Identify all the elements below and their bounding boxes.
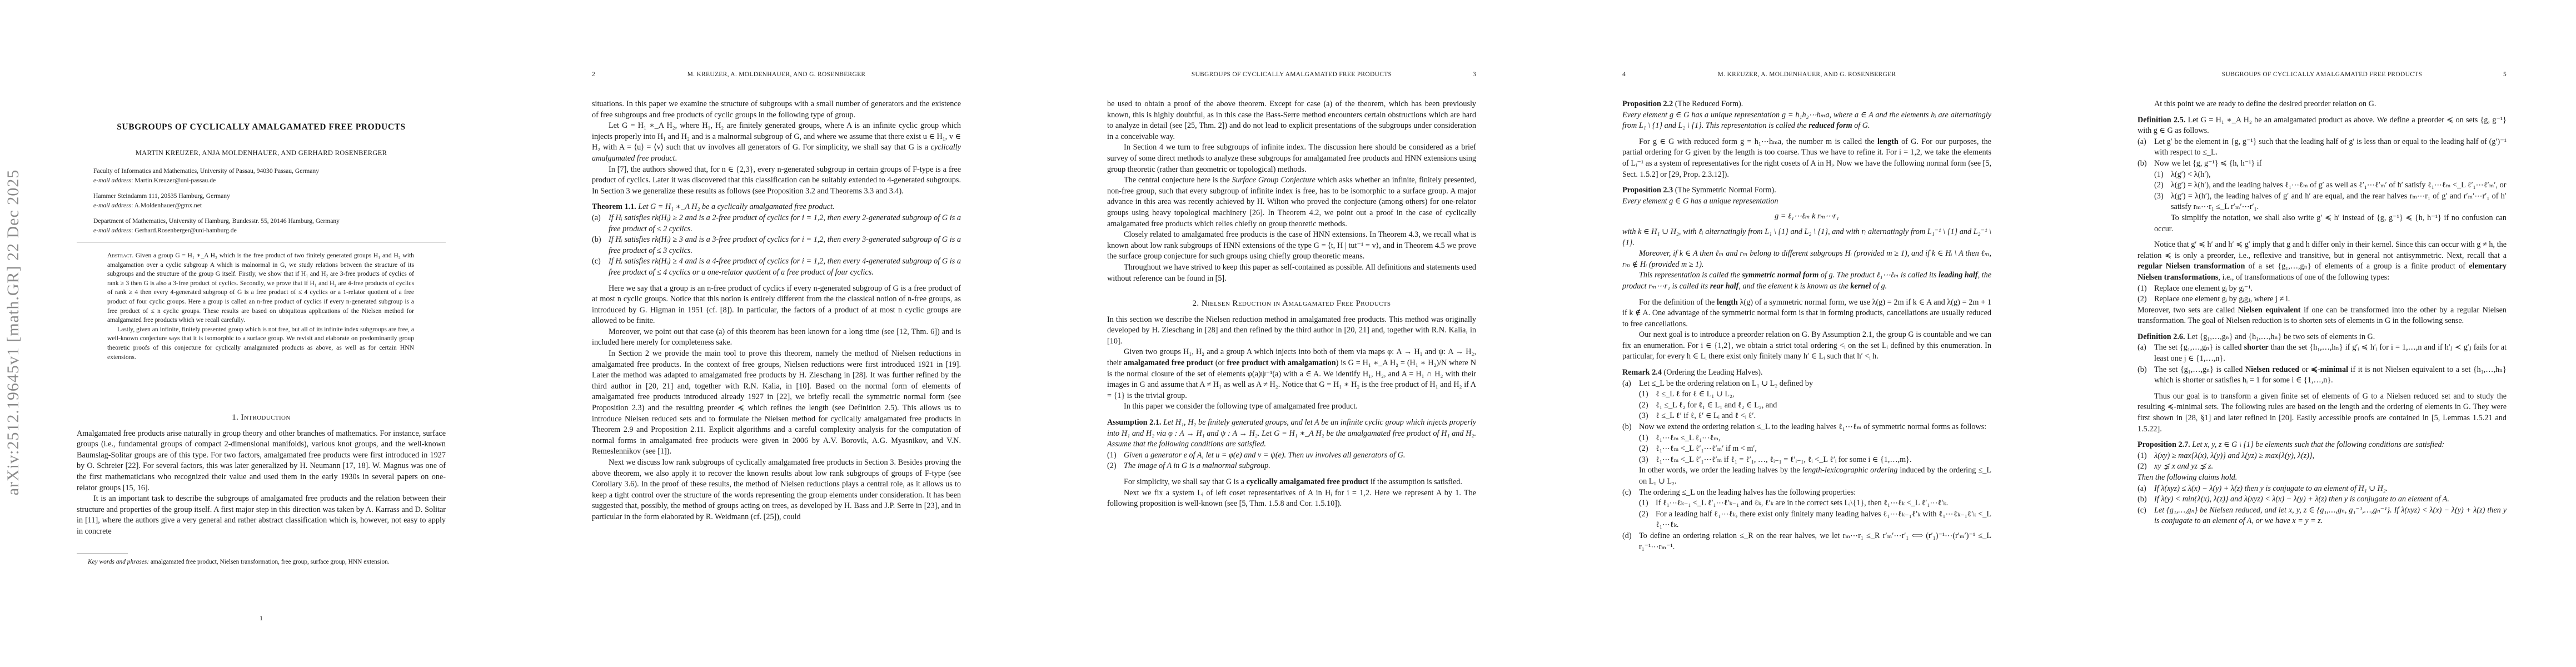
header-divider — [77, 242, 446, 242]
body-text: At this point we are ready to define the… — [2137, 99, 2507, 527]
theorem-1-1: Theorem 1.1. Let G = H₁ ∗_A H₂ be a cycl… — [592, 202, 961, 278]
section-heading: 2. Nielsen Reduction in Amalgamated Free… — [1107, 298, 1476, 310]
footnote-divider — [77, 554, 128, 554]
page-number: 5 — [2503, 71, 2507, 78]
body-text: situations. In this paper we examine the… — [592, 99, 961, 523]
proposition-2-3: Proposition 2.3 (The Symmetric Normal Fo… — [1622, 185, 1991, 292]
normal-form-formula: g = ℓ₁⋯ℓₘ k rₘ⋯r₁ — [1622, 211, 1991, 222]
proposition-2-2: Proposition 2.2 (The Reduced Form). Ever… — [1622, 99, 1991, 132]
affiliation-3: Department of Mathematics, University of… — [93, 217, 340, 235]
page-5: SUBGROUPS OF CYCLICALLY AMALGAMATED FREE… — [2061, 0, 2576, 667]
remark-item: (a)Let ≤_L be the ordering relation on L… — [1622, 379, 1991, 422]
paper-title: SUBGROUPS OF CYCLICALLY AMALGAMATED FREE… — [77, 122, 446, 132]
footnote-keywords: Key words and phrases: amalgamated free … — [77, 558, 446, 567]
body-text: be used to obtain a proof of the above t… — [1107, 99, 1476, 510]
page-1: arXiv:2512.19645v1 [math.GR] 22 Dec 2025… — [0, 0, 515, 667]
page-number: 3 — [1473, 71, 1476, 78]
introduction: 1. Introduction Amalgamated free product… — [77, 412, 446, 537]
section-heading: 1. Introduction — [77, 412, 446, 424]
page-number: 1 — [77, 614, 446, 623]
page-4: 4 M. KREUZER, A. MOLDENHAUER, AND G. ROS… — [1546, 0, 2061, 667]
paper-authors: MARTIN KREUZER, ANJA MOLDENHAUER, AND GE… — [77, 149, 446, 157]
definition-2-6: Definition 2.6. Let {g₁,…,gₙ} and {h₁,…,… — [2137, 332, 2507, 386]
email-link[interactable]: : A.Moldenhauer@gmx.net — [131, 202, 202, 209]
theorem-item: (a)If Hᵢ satisfies rk(Hᵢ) ≥ 2 and is a 2… — [592, 213, 961, 235]
assumption-item: (2)The image of A in G is a malnormal su… — [1107, 461, 1476, 472]
arxiv-watermark: arXiv:2512.19645v1 [math.GR] 22 Dec 2025 — [2, 161, 24, 503]
email-link[interactable]: : Gerhard.Rosenberger@uni-hamburg.de — [131, 227, 237, 234]
abstract-label: Abstract. — [107, 252, 133, 259]
body-text: Proposition 2.2 (The Reduced Form). Ever… — [1622, 99, 1991, 552]
affiliation-1: Faculty of Informatics and Mathematics, … — [93, 167, 319, 185]
email-link[interactable]: : Martin.Kreuzer@uni-passau.de — [131, 177, 216, 184]
proposition-2-7: Proposition 2.7. Let x, y, z ∈ G \ {1} b… — [2137, 440, 2507, 527]
remark-item: (b)Now we extend the ordering relation ≤… — [1622, 422, 1991, 487]
definition-2-5: Definition 2.5. Let G = H₁ ∗_A H₂ be an … — [2137, 115, 2507, 235]
assumption-item: (1)Given a generator e of A, let u = φ(e… — [1107, 450, 1476, 461]
abstract: Abstract. Given a group G = H₁ ∗_A H₂ wh… — [107, 251, 414, 362]
remark-item: (d)To define an ordering relation ≤_R on… — [1622, 531, 1991, 552]
page-3: SUBGROUPS OF CYCLICALLY AMALGAMATED FREE… — [1030, 0, 1546, 667]
affiliation-2: Hammer Steindamm 111, 20535 Hamburg, Ger… — [93, 192, 230, 210]
remark-item: (c)The ordering ≤_L on the leading halve… — [1622, 487, 1991, 531]
page-2: 2 M. KREUZER, A. MOLDENHAUER, AND G. ROS… — [515, 0, 1030, 667]
remark-2-4: Remark 2.4 (Ordering the Leading Halves)… — [1622, 367, 1991, 552]
assumption-2-1: Assumption 2.1. Let H₁, H₂ be finitely g… — [1107, 417, 1476, 472]
theorem-item: (c)If Hᵢ satisfies rk(Hᵢ) ≥ 4 and is a 4… — [592, 256, 961, 278]
theorem-item: (b)If Hᵢ satisfies rk(Hᵢ) ≥ 3 and is a 3… — [592, 235, 961, 256]
